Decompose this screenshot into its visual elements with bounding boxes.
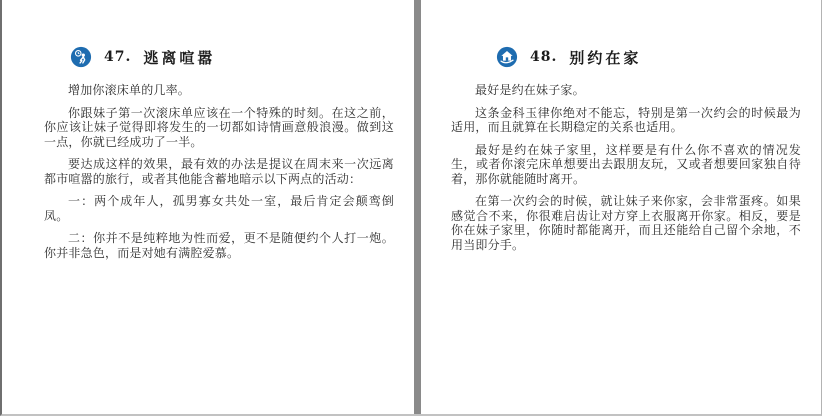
paragraph: 最好是约在妹子家里，这样要是有什么你不喜欢的情况发生，或者你滚完床单想要出去跟朋… (451, 143, 801, 187)
paragraph: 这条金科玉律你绝对不能忘，特别是第一次约会的时候最为适用，而且就算在长期稳定的关… (451, 106, 801, 135)
section-heading-47: 47. 逃离喧嚣 (70, 46, 394, 68)
section-heading-48: 48. 别约在家 (496, 46, 801, 68)
page-gutter-divider (414, 0, 421, 414)
paragraph: 增加你滚床单的几率。 (44, 83, 394, 98)
paragraph: 在第一次约会的时候，就让妹子来你家，会非常蛋疼。如果感觉合不来，你很难启齿让对方… (451, 194, 801, 252)
paragraph: 你跟妹子第一次滚床单应该在一个特殊的时刻。在这之前，你应该让妹子觉得即将发生的一… (44, 106, 394, 150)
book-spread: 47. 逃离喧嚣 增加你滚床单的几率。 你跟妹子第一次滚床单应该在一个特殊的时刻… (0, 0, 822, 416)
paragraph: 一：两个成年人，孤男寡女共处一室，最后肯定会颠鸾倒凤。 (44, 194, 394, 223)
section-body-47: 增加你滚床单的几率。 你跟妹子第一次滚床单应该在一个特殊的时刻。在这之前，你应该… (44, 83, 394, 260)
section-number: 47. (104, 49, 131, 65)
section-title: 逃离喧嚣 (143, 47, 215, 68)
section-number: 48. (530, 49, 557, 65)
paragraph: 最好是约在妹子家。 (451, 83, 801, 98)
paragraph: 二：你并不是纯粹地为性而爱，更不是随便约个人打一炮。你并非急色，而是对她有满腔爱… (44, 231, 394, 260)
section-title: 别约在家 (569, 47, 641, 68)
section-body-48: 最好是约在妹子家。 这条金科玉律你绝对不能忘，特别是第一次约会的时候最为适用，而… (451, 83, 801, 252)
house-icon (496, 46, 518, 68)
page-right: 48. 别约在家 最好是约在妹子家。 这条金科玉律你绝对不能忘，特别是第一次约会… (421, 0, 821, 414)
escape-person-clock-icon (70, 46, 92, 68)
page-left: 47. 逃离喧嚣 增加你滚床单的几率。 你跟妹子第一次滚床单应该在一个特殊的时刻… (2, 0, 414, 414)
paragraph: 要达成这样的效果，最有效的办法是提议在周末来一次远离都市喧嚣的旅行，或者其他能含… (44, 157, 394, 186)
